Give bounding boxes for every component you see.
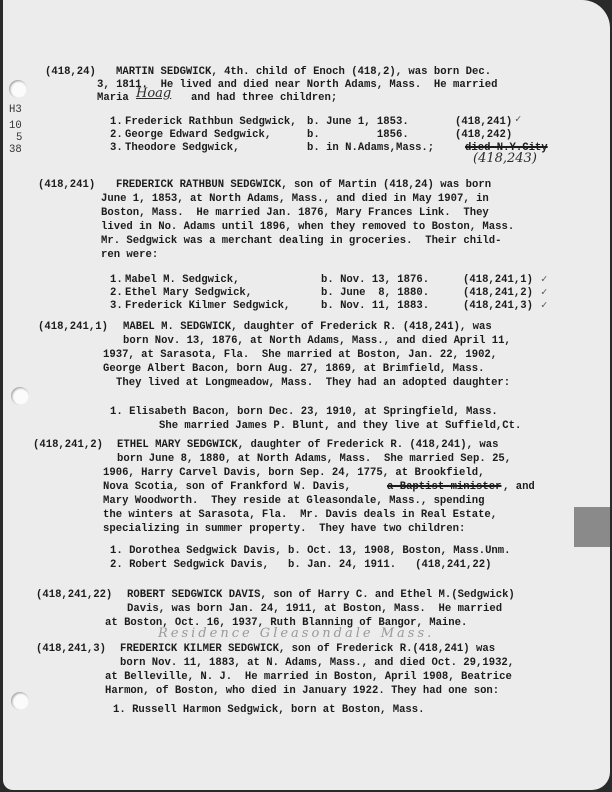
child-text: 1. Elisabeth Bacon, born Dec. 23, 1910, … <box>110 406 498 418</box>
handwritten-ref: (418,243) <box>473 153 537 165</box>
child-name: Mabel M. Sedgwick, <box>125 274 239 286</box>
punch-hole-bottom <box>11 692 29 710</box>
child-name: Theodore Sedgwick, <box>125 142 239 154</box>
child-number: 3. <box>110 142 123 154</box>
child-birth: b. 1856. <box>307 129 409 141</box>
entry-text-line: lived in No. Adams until 1896, when they… <box>101 221 514 233</box>
punch-hole-middle <box>11 387 29 405</box>
handwritten-surname: Hoag <box>136 88 171 100</box>
child-birth: b. in N.Adams,Mass.; <box>307 142 434 154</box>
entry-id: (418,241) <box>38 179 95 191</box>
entry-text-line: Mr. Sedgwick was a merchant dealing in g… <box>101 235 502 247</box>
child-birth: b. Nov. 13, 1876. <box>321 274 429 286</box>
check-mark: ✓ <box>541 287 547 299</box>
entry-text-line: Harmon, of Boston, who died in January 1… <box>105 685 499 697</box>
child-ref: (418,241,1) <box>463 274 533 286</box>
document-page: H3 10 5 38 (418,24) MARTIN SEDGWICK, 4th… <box>3 0 610 790</box>
check-mark: ✓ <box>515 114 521 126</box>
entry-text-line: at Belleville, N. J. He married in Bosto… <box>105 671 512 683</box>
entry-text-line: Nova Scotia, son of Frankford W. Davis, <box>103 481 351 493</box>
entry-text-line: the winters at Sarasota, Fla. Mr. Davis … <box>103 509 497 521</box>
entry-text-line: Maria <box>97 92 129 104</box>
margin-note: 5 <box>16 132 22 144</box>
entry-text-line: MARTIN SEDGWICK, 4th. child of Enoch (41… <box>116 66 491 78</box>
child-number: 3. <box>110 300 123 312</box>
entry-text-line: born Nov. 11, 1883, at N. Adams, Mass., … <box>120 657 514 669</box>
entry-text-line: born June 8, 1880, at North Adams, Mass.… <box>117 453 511 465</box>
entry-text-line: Boston, Mass. He married Jan. 1876, Mary… <box>101 207 489 219</box>
entry-text-line: MABEL M. SEDGWICK, daughter of Frederick… <box>123 321 492 333</box>
entry-text-line: FREDERICK RATHBUN SEDGWICK, son of Marti… <box>116 179 491 191</box>
child-name: Frederick Kilmer Sedgwick, <box>125 300 290 312</box>
child-birth: b. June 8, 1880. <box>321 287 429 299</box>
child-number: 2. <box>110 129 123 141</box>
entry-text-line: ETHEL MARY SEDGWICK, daughter of Frederi… <box>117 439 498 451</box>
child-number: 1. <box>110 274 123 286</box>
child-number: 1. <box>110 116 123 128</box>
child-text: 1. Dorothea Sedgwick Davis, b. Oct. 13, … <box>110 545 511 557</box>
child-birth: b. June 1, 1853. <box>307 116 409 128</box>
entry-text-line: ren were: <box>101 249 158 261</box>
entry-text-line: They lived at Longmeadow, Mass. They had… <box>116 377 510 389</box>
entry-text-line: 1906, Harry Carvel Davis, born Sep. 24, … <box>103 467 484 479</box>
child-ref: (418,241,2) <box>463 287 533 299</box>
handwritten-note: Residence Gleasondale Mass. <box>158 628 434 640</box>
child-text: 1. Russell Harmon Sedgwick, born at Bost… <box>113 704 425 716</box>
child-ref: (418,242) <box>455 129 512 141</box>
entry-id: (418,24) <box>45 66 96 78</box>
child-ref: (418,241) <box>455 116 512 128</box>
index-tab-marker <box>574 507 610 547</box>
entry-text-line: June 1, 1853, at North Adams, Mass., and… <box>101 193 489 205</box>
child-ref: (418,241,3) <box>463 300 533 312</box>
entry-text-line: ROBERT SEDGWICK DAVIS, son of Harry C. a… <box>127 589 515 601</box>
entry-text-line: FREDERICK KILMER SEDGWICK, son of Freder… <box>120 643 495 655</box>
child-name: George Edward Sedgwick, <box>125 129 271 141</box>
child-birth: b. Nov. 11, 1883. <box>321 300 429 312</box>
entry-id: (418,241,22) <box>36 589 112 601</box>
margin-note: H3 <box>9 104 22 116</box>
entry-text-line: specializing in summer property. They ha… <box>103 523 465 535</box>
check-mark: ✓ <box>541 300 547 312</box>
entry-id: (418,241,2) <box>33 439 103 451</box>
entry-text-line: and had three children; <box>191 92 337 104</box>
child-name: Ethel Mary Sedgwick, <box>125 287 252 299</box>
child-text: She married James P. Blunt, and they liv… <box>159 420 521 432</box>
entry-text-line: Mary Woodworth. They reside at Gleasonda… <box>103 495 484 507</box>
child-name: Frederick Rathbun Sedgwick, <box>125 116 297 128</box>
entry-id: (418,241,3) <box>36 643 106 655</box>
child-text: 2. Robert Sedgwick Davis, b. Jan. 24, 19… <box>110 559 491 571</box>
check-mark: ✓ <box>541 274 547 286</box>
punch-hole-top <box>9 80 27 98</box>
entry-text-line: 1937, at Sarasota, Fla. She married at B… <box>103 349 497 361</box>
child-number: 2. <box>110 287 123 299</box>
entry-text-line: Davis, was born Jan. 24, 1911, at Boston… <box>127 603 502 615</box>
struck-text: a Baptist minister <box>387 481 501 493</box>
entry-text-line: George Albert Bacon, born Aug. 27, 1869,… <box>103 363 484 375</box>
entry-id: (418,241,1) <box>38 321 108 333</box>
margin-note: 10 <box>9 120 22 132</box>
margin-note: 38 <box>9 144 22 156</box>
entry-text-line: born Nov. 13, 1876, at North Adams, Mass… <box>123 335 511 347</box>
entry-text-line: , and <box>503 481 535 493</box>
